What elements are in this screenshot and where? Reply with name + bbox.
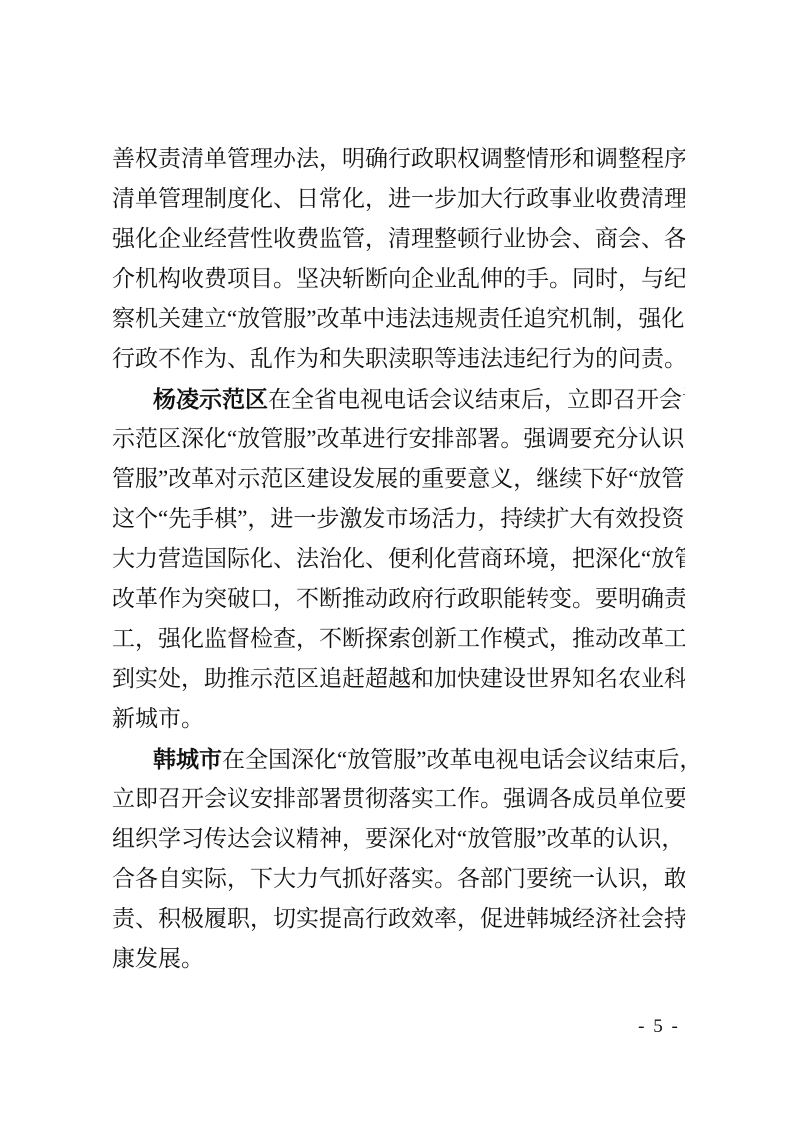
paragraph-2: 杨凌示范区在全省电视电话会议结束后，立即召开会议对 示范区深化“放管服”改革进行… bbox=[112, 379, 685, 739]
text-line: 察机关建立“放管服”改革中违法违规责任追究机制，强化对 bbox=[112, 299, 685, 339]
text-line-rest: 在全国深化“放管服”改革电视电话会议结束后， bbox=[222, 747, 685, 772]
text-line: 强化企业经营性收费监管，清理整顿行业协会、商会、各类中 bbox=[112, 219, 685, 259]
page-number: - 5 - bbox=[609, 1016, 709, 1040]
text-line: 立即召开会议安排部署贯彻落实工作。强调各成员单位要迅速 bbox=[112, 779, 685, 819]
text-line: 韩城市在全国深化“放管服”改革电视电话会议结束后， bbox=[112, 739, 685, 779]
text-line: 组织学习传达会议精神，要深化对“放管服”改革的认识，结 bbox=[112, 819, 685, 859]
text-line: 工，强化监督检查，不断探索创新工作模式，推动改革工作落 bbox=[112, 619, 685, 659]
text-line: 到实处，助推示范区追赶超越和加快建设世界知名农业科技创 bbox=[112, 659, 685, 699]
text-line: 康发展。 bbox=[112, 939, 685, 979]
text-line: 新城市。 bbox=[112, 699, 685, 739]
text-line: 介机构收费项目。坚决斩断向企业乱伸的手。同时，与纪委监 bbox=[112, 259, 685, 299]
text-line-rest: 在全省电视电话会议结束后，立即召开会议对 bbox=[268, 387, 685, 412]
document-body: 善权责清单管理办法，明确行政职权调整情形和调整程序，将 清单管理制度化、日常化，… bbox=[112, 139, 685, 979]
text-line: 合各自实际，下大力气抓好落实。各部门要统一认识，敢于担 bbox=[112, 859, 685, 899]
paragraph-lead: 杨凌示范区 bbox=[153, 386, 268, 412]
text-line: 管服”改革对示范区建设发展的重要意义，继续下好“放管服” bbox=[112, 459, 685, 499]
text-line: 善权责清单管理办法，明确行政职权调整情形和调整程序，将 bbox=[112, 139, 685, 179]
text-line: 杨凌示范区在全省电视电话会议结束后，立即召开会议对 bbox=[112, 379, 685, 419]
paragraph-3: 韩城市在全国深化“放管服”改革电视电话会议结束后， 立即召开会议安排部署贯彻落实… bbox=[112, 739, 685, 979]
text-line: 这个“先手棋”，进一步激发市场活力，持续扩大有效投资， bbox=[112, 499, 685, 539]
text-line: 示范区深化“放管服”改革进行安排部署。强调要充分认识“放 bbox=[112, 419, 685, 459]
text-line: 行政不作为、乱作为和失职渎职等违法违纪行为的问责。 bbox=[112, 339, 685, 379]
text-line: 清单管理制度化、日常化，进一步加大行政事业收费清理力度， bbox=[112, 179, 685, 219]
text-line: 大力营造国际化、法治化、便利化营商环境，把深化“放管服” bbox=[112, 539, 685, 579]
text-line: 改革作为突破口，不断推动政府行政职能转变。要明确责任分 bbox=[112, 579, 685, 619]
paragraph-1: 善权责清单管理办法，明确行政职权调整情形和调整程序，将 清单管理制度化、日常化，… bbox=[112, 139, 685, 379]
paragraph-lead: 韩城市 bbox=[153, 746, 222, 772]
text-line: 责、积极履职，切实提高行政效率，促进韩城经济社会持续健 bbox=[112, 899, 685, 939]
document-page: 善权责清单管理办法，明确行政职权调整情形和调整程序，将 清单管理制度化、日常化，… bbox=[0, 0, 793, 1122]
